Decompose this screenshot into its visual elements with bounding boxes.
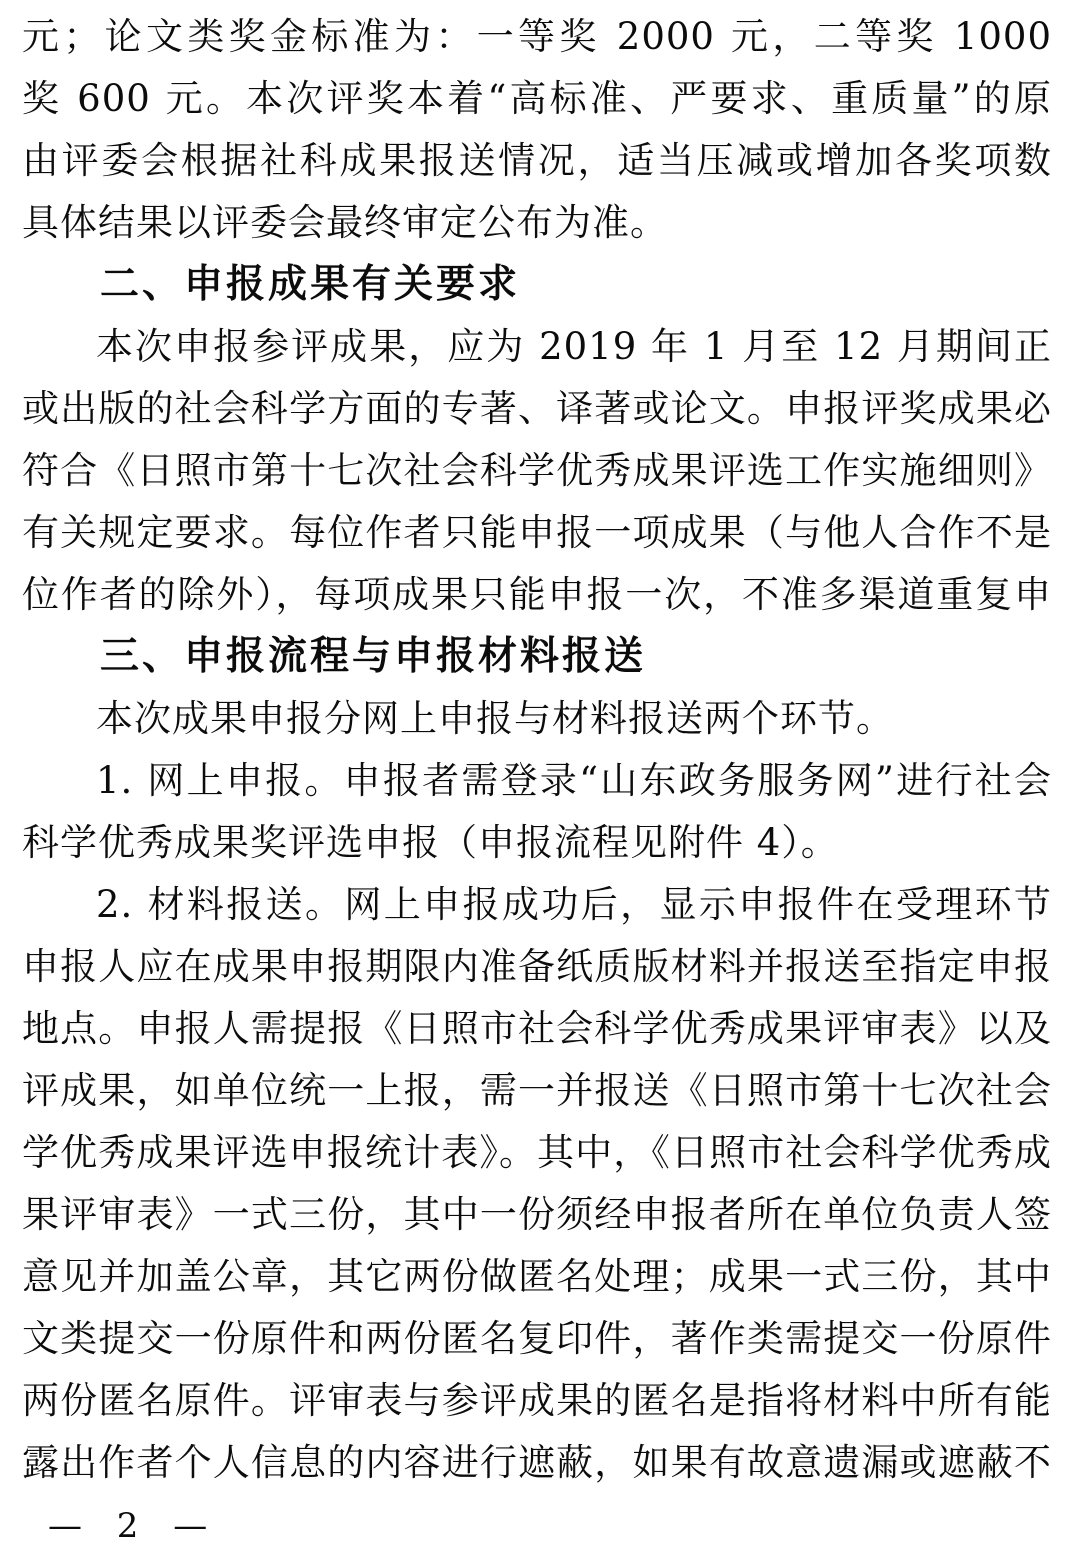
text-line: 两份匿名原件。评审表与参评成果的匿名是指将材料中所有能透 [22, 1370, 1052, 1432]
text-line: 由评委会根据社科成果报送情况，适当压减或增加各奖项数额。 [22, 130, 1052, 192]
document-body: 元；论文类奖金标准为：一等奖 2000 元，二等奖 1000 元，三等 奖 60… [22, 6, 1052, 1494]
text-line: 本次申报参评成果，应为 2019 年 1 月至 12 月期间正式发表 [22, 316, 1052, 378]
text-line: 2. 材料报送。网上申报成功后，显示申报件在受理环节的， [22, 874, 1052, 936]
text-line: 地点。申报人需提报《日照市社会科学优秀成果评审表》以及参 [22, 998, 1052, 1060]
text-line: 奖 600 元。本次评奖本着“高标准、严要求、重质量”的原则， [22, 68, 1052, 130]
text-line: 露出作者个人信息的内容进行遮蔽，如果有故意遗漏或遮蔽不严 [22, 1432, 1052, 1494]
text-line: 或出版的社会科学方面的专著、译著或论文。申报评奖成果必须 [22, 378, 1052, 440]
text-line: 有关规定要求。每位作者只能申报一项成果（与他人合作不是首 [22, 502, 1052, 564]
text-line: 意见并加盖公章，其它两份做匿名处理；成果一式三份，其中论 [22, 1246, 1052, 1308]
text-line: 1. 网上申报。申报者需登录“山东政务服务网”进行社会 [22, 750, 1052, 812]
text-line: 评成果，如单位统一上报，需一并报送《日照市第十七次社会科 [22, 1060, 1052, 1122]
text-line: 具体结果以评委会最终审定公布为准。 [22, 192, 1052, 254]
document-page: 元；论文类奖金标准为：一等奖 2000 元，二等奖 1000 元，三等 奖 60… [0, 0, 1080, 1564]
text-line: 本次成果申报分网上申报与材料报送两个环节。 [22, 688, 1052, 750]
text-line: 申报人应在成果申报期限内准备纸质版材料并报送至指定申报 [22, 936, 1052, 998]
page-number: — 2 — [48, 1506, 211, 1546]
text-line: 科学优秀成果奖评选申报（申报流程见附件 4）。 [22, 812, 1052, 874]
section-heading-3: 三、申报流程与申报材料报送 [22, 626, 1052, 688]
text-line: 元；论文类奖金标准为：一等奖 2000 元，二等奖 1000 元，三等 [22, 6, 1052, 68]
section-heading-2: 二、申报成果有关要求 [22, 254, 1052, 316]
text-line: 符合《日照市第十七次社会科学优秀成果评选工作实施细则》的 [22, 440, 1052, 502]
text-line: 学优秀成果评选申报统计表》。其中，《日照市社会科学优秀成 [22, 1122, 1052, 1184]
text-line: 果评审表》一式三份，其中一份须经申报者所在单位负责人签署 [22, 1184, 1052, 1246]
text-line: 位作者的除外），每项成果只能申报一次，不准多渠道重复申报。 [22, 564, 1052, 626]
text-line: 文类提交一份原件和两份匿名复印件，著作类需提交一份原件和 [22, 1308, 1052, 1370]
